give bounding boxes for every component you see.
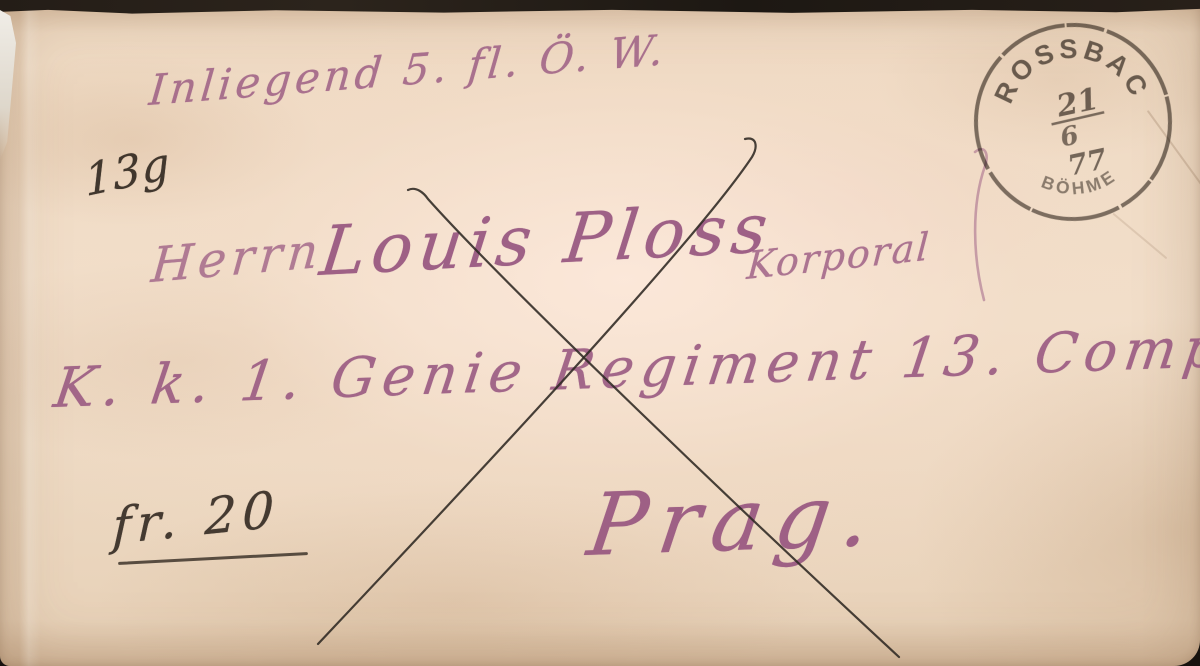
- postmark-date: 21 6 77: [1045, 81, 1117, 184]
- destination-city: Prag.: [582, 465, 889, 576]
- postmark: ROSSBACH BÖHMEN 21 6 77: [958, 7, 1188, 237]
- photo-stage: Inliegend 5. fl. Ö. W. 13g Herrn Louis P…: [0, 0, 1200, 666]
